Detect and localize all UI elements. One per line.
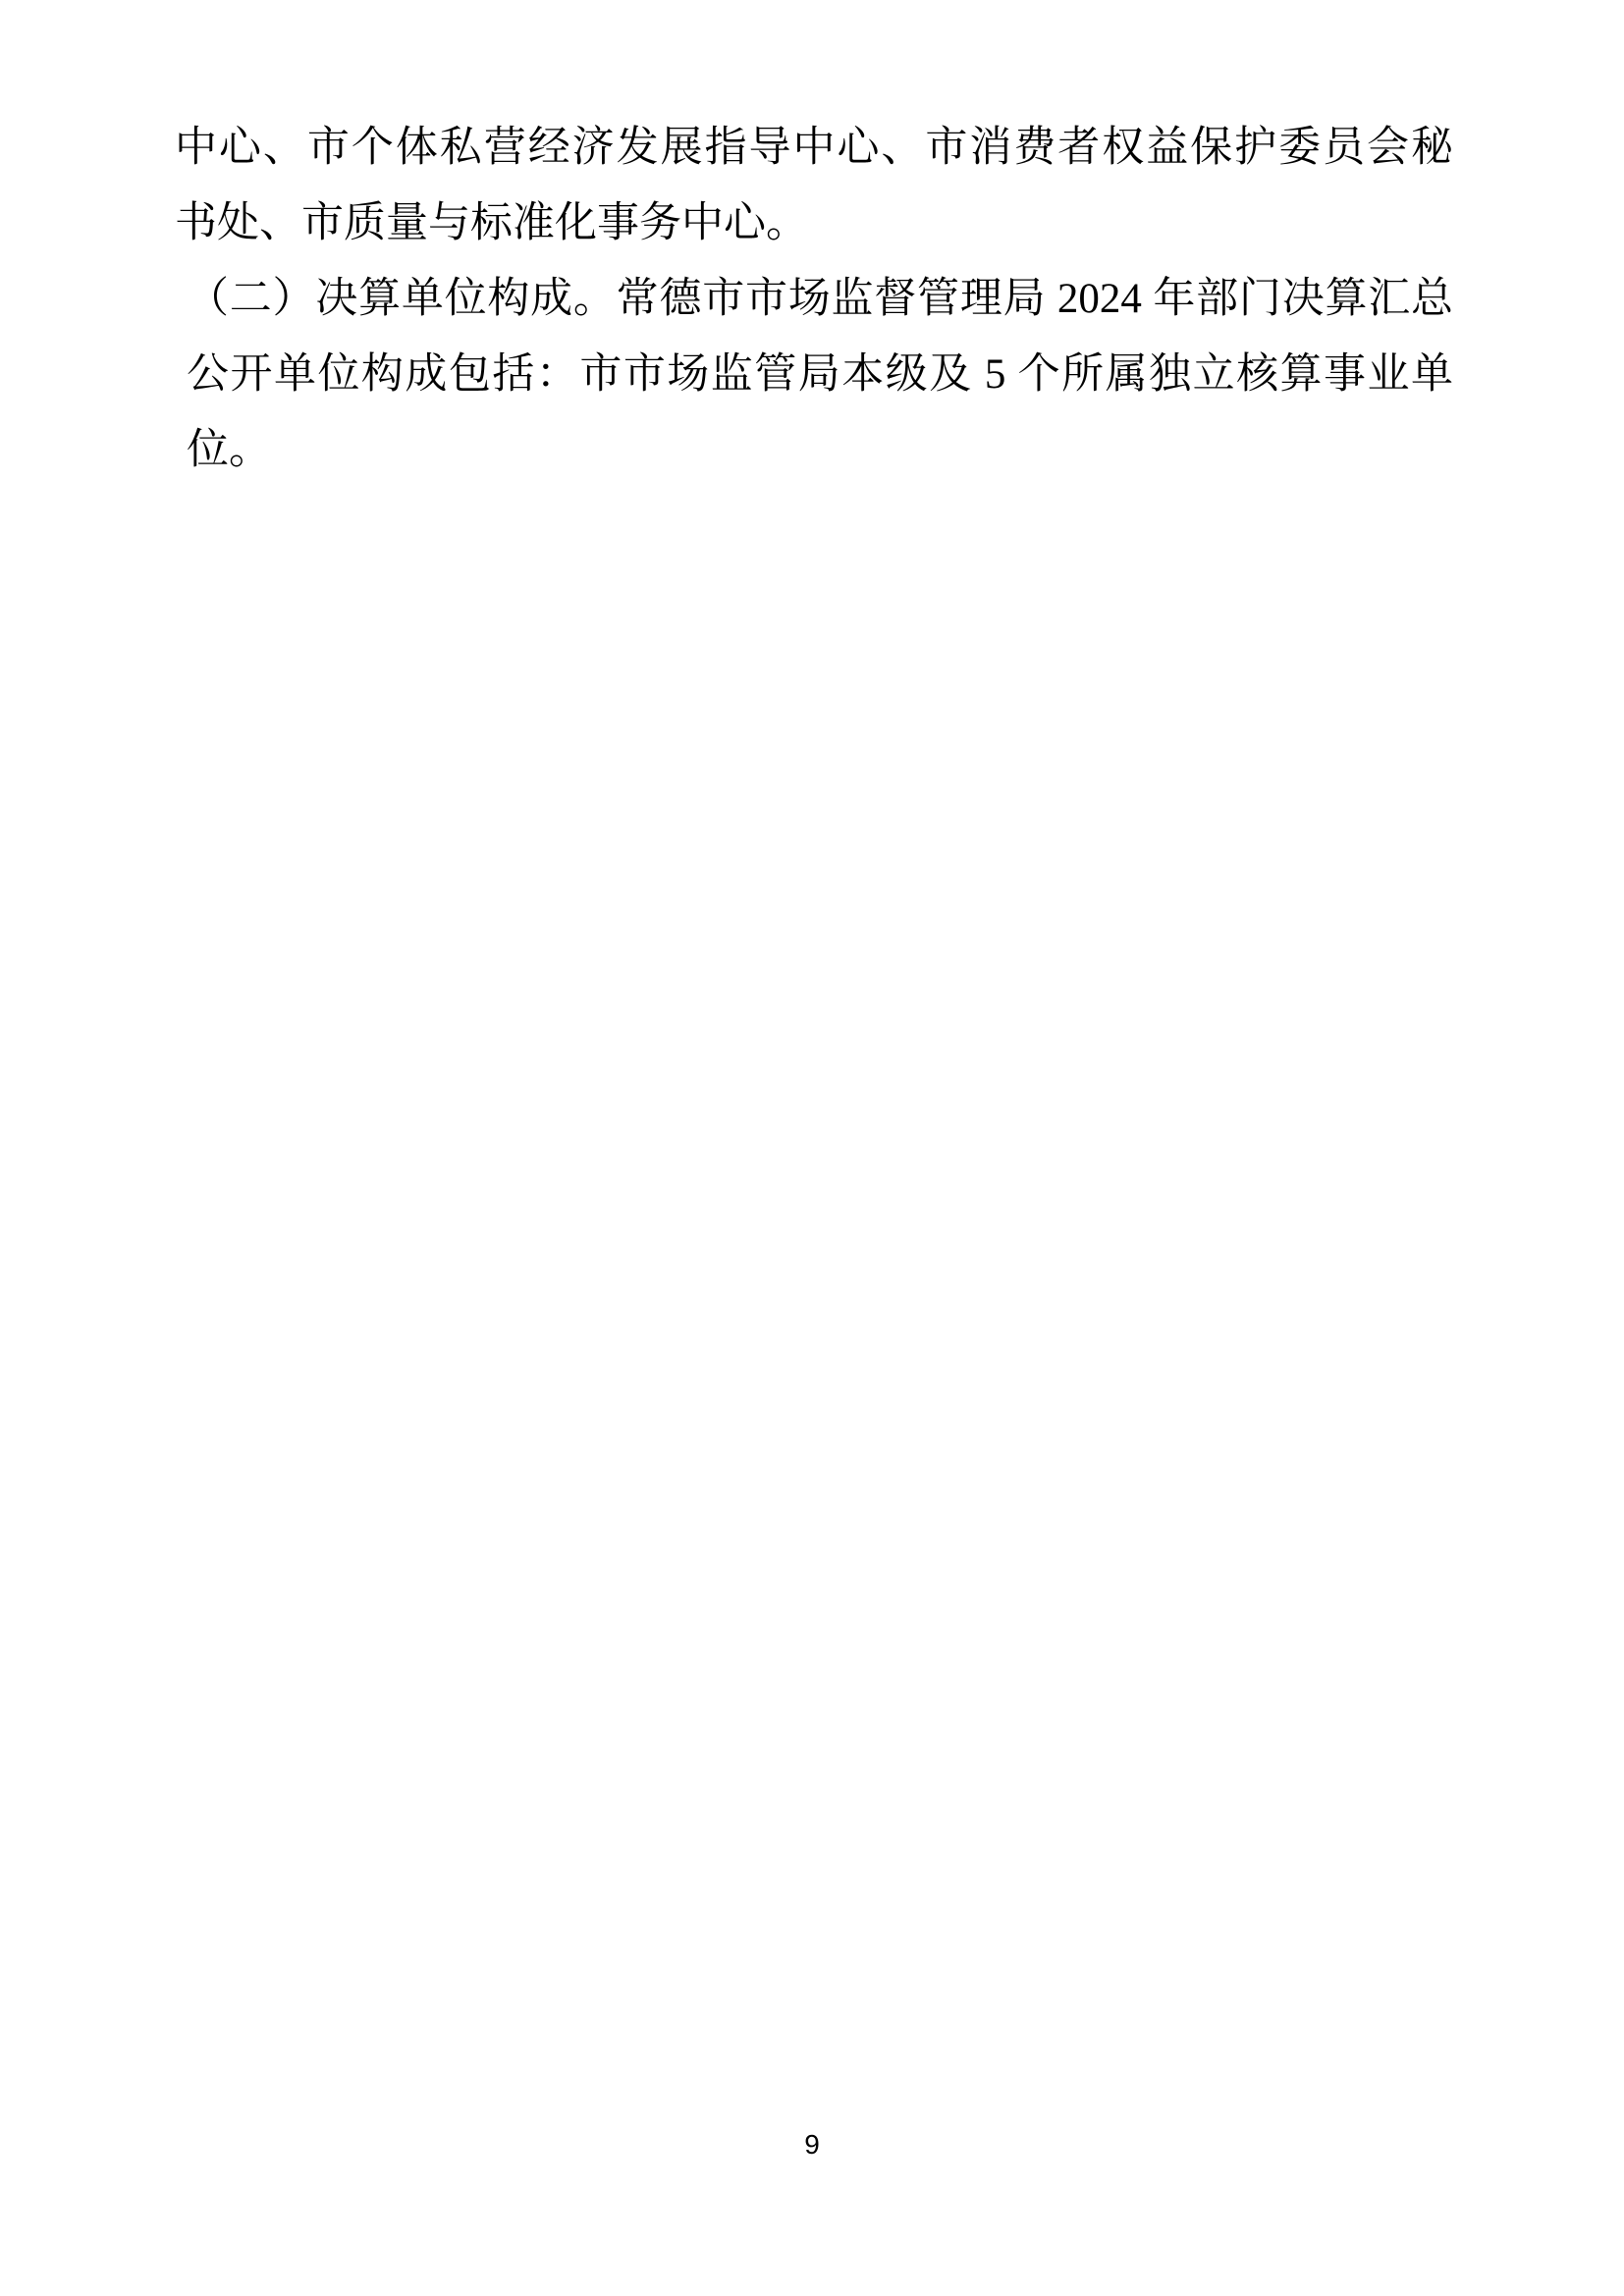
paragraph-section-two: （二）决算单位构成。常德市市场监督管理局 2024 年部门决算汇总 公开单位构成… [175,261,1453,488]
text-line: （二）决算单位构成。常德市市场监督管理局 2024 年部门决算汇总 [187,261,1453,337]
text-line: 中心、市个体私营经济发展指导中心、市消费者权益保护委员会秘 [175,110,1453,186]
page-number: 9 [0,2128,1624,2162]
text-line: 位。 [187,412,1453,488]
text-line: 公开单位构成包括：市市场监管局本级及 5 个所属独立核算事业单 [187,337,1453,412]
text-line: 书处、市质量与标准化事务中心。 [175,186,1453,261]
paragraph-unit-list-continuation: 中心、市个体私营经济发展指导中心、市消费者权益保护委员会秘 书处、市质量与标准化… [175,110,1453,261]
body-text: 中心、市个体私营经济发展指导中心、市消费者权益保护委员会秘 书处、市质量与标准化… [175,110,1453,488]
document-page: 中心、市个体私营经济发展指导中心、市消费者权益保护委员会秘 书处、市质量与标准化… [0,0,1624,2296]
